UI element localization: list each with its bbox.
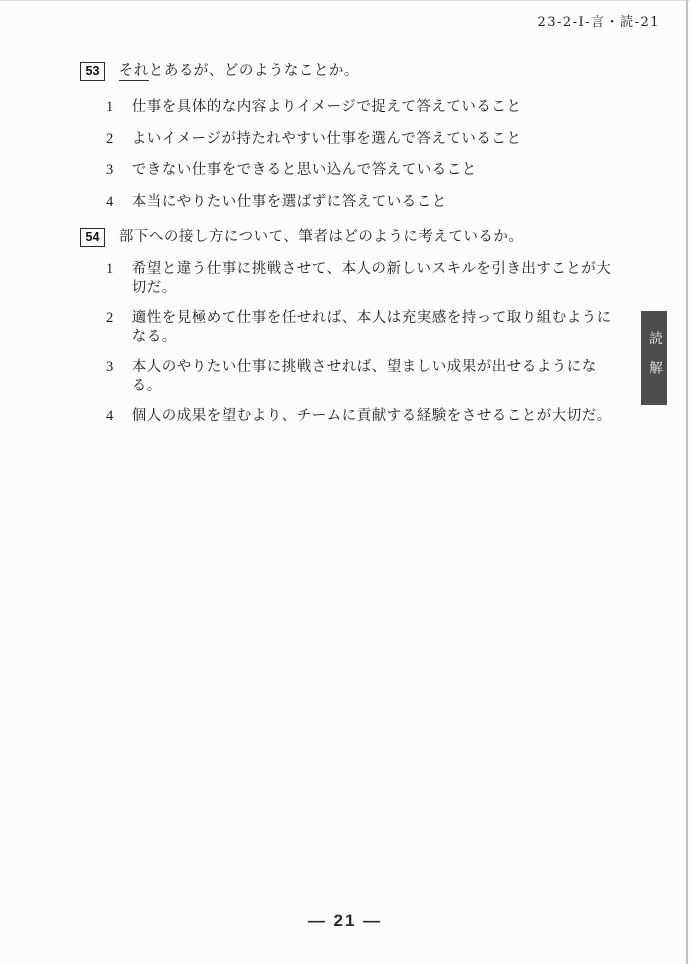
section-tab-label: 読解 xyxy=(644,331,664,390)
option-text: よいイメージが持たれやすい仕事を選んで答えていること xyxy=(132,130,522,149)
question-54-header: 54 部下への接し方について、筆者はどのように考えているか。 xyxy=(80,227,625,247)
option-text: 仕事を具体的な内容よりイメージで捉えて答えていること xyxy=(132,98,522,117)
option-text: 本当にやりたい仕事を選ばずに答えていること xyxy=(132,193,447,212)
option-number: 1 xyxy=(106,260,114,298)
page-number: — 21 — xyxy=(0,911,690,931)
question-number-box: 54 xyxy=(80,228,105,247)
option-row: 4 本当にやりたい仕事を選ばずに答えていること xyxy=(106,193,625,212)
prompt-text: とあるが、どのようなことか。 xyxy=(149,63,359,79)
question-54-options: 1 希望と違う仕事に挑戦させて、本人の新しいスキルを引き出すことが大切だ。 2 … xyxy=(106,260,625,426)
option-number: 3 xyxy=(106,358,114,396)
underlined-reference: それ xyxy=(119,63,149,81)
option-row: 2 よいイメージが持たれやすい仕事を選んで答えていること xyxy=(106,130,625,149)
option-text: 希望と違う仕事に挑戦させて、本人の新しいスキルを引き出すことが大切だ。 xyxy=(132,260,625,298)
question-54: 54 部下への接し方について、筆者はどのように考えているか。 1 希望と違う仕事… xyxy=(80,227,625,437)
option-number: 1 xyxy=(106,98,114,117)
question-number-box: 53 xyxy=(80,62,105,81)
option-row: 2 適性を見極めて仕事を任せれば、本人は充実感を持って取り組むようになる。 xyxy=(106,309,625,347)
prompt-text: 部下への接し方について、筆者はどのように考えているか。 xyxy=(119,229,523,245)
option-text: できない仕事をできると思い込んで答えていること xyxy=(132,161,477,180)
option-row: 3 できない仕事をできると思い込んで答えていること xyxy=(106,161,625,180)
option-row: 3 本人のやりたい仕事に挑戦させれば、望ましい成果が出せるようになる。 xyxy=(106,358,625,396)
option-row: 1 希望と違う仕事に挑戦させて、本人の新しいスキルを引き出すことが大切だ。 xyxy=(106,260,625,298)
option-number: 3 xyxy=(106,161,114,180)
question-prompt: 部下への接し方について、筆者はどのように考えているか。 xyxy=(119,227,523,247)
option-number: 4 xyxy=(106,407,114,426)
question-53: 53 それとあるが、どのようなことか。 1 仕事を具体的な内容よりイメージで捉え… xyxy=(80,61,625,224)
option-row: 1 仕事を具体的な内容よりイメージで捉えて答えていること xyxy=(106,98,625,117)
scanned-test-page: 23-2-I-言・読-21 53 それとあるが、どのようなことか。 1 仕事を具… xyxy=(0,0,690,964)
section-tab-dokkai: 読解 xyxy=(641,311,667,405)
scan-edge-right xyxy=(686,0,688,964)
option-text: 本人のやりたい仕事に挑戦させれば、望ましい成果が出せるようになる。 xyxy=(132,358,625,396)
option-text: 適性を見極めて仕事を任せれば、本人は充実感を持って取り組むようになる。 xyxy=(132,309,625,347)
question-53-header: 53 それとあるが、どのようなことか。 xyxy=(80,61,625,81)
question-53-options: 1 仕事を具体的な内容よりイメージで捉えて答えていること 2 よいイメージが持た… xyxy=(106,98,625,212)
option-row: 4 個人の成果を望むより、チームに貢献する経験をさせることが大切だ。 xyxy=(106,407,625,426)
document-code: 23-2-I-言・読-21 xyxy=(537,11,660,30)
option-number: 2 xyxy=(106,130,114,149)
option-text: 個人の成果を望むより、チームに貢献する経験をさせることが大切だ。 xyxy=(132,407,612,426)
option-number: 2 xyxy=(106,309,114,347)
scan-edge-top xyxy=(0,0,690,1)
question-prompt: それとあるが、どのようなことか。 xyxy=(119,61,359,81)
option-number: 4 xyxy=(106,193,114,212)
